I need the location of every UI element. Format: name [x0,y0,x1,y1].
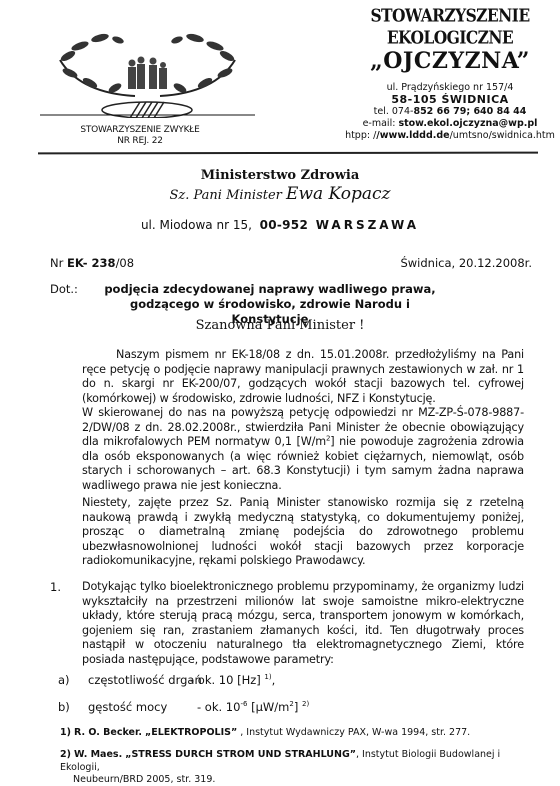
recipient-address: ul. Miodowa nr 15, 00-952 WARSZAWA [0,218,560,232]
ref-prefix: Nr [50,256,67,270]
sender-postal-city: 58-105 ŚWIDNICA [330,94,560,106]
footnote-title: „ELEKTROPOLIS” [145,727,237,738]
minister-prefix: Sz. Pani Minister [169,188,281,203]
footnote-author: W. Maes. [74,749,122,760]
association-type: STOWARZYSZENIE ZWYKŁE [45,125,235,136]
paragraph-2: W skierowanej do nas na powyższą petycję… [82,406,524,494]
registration-number: NR REJ. 22 [45,136,235,147]
footnote-ref-1: 1) [264,673,271,681]
paragraph-3: Niestety, zajęte przez Sz. Panią Ministe… [82,496,524,569]
footnote-2: 2) W. Maes. „STRESS DURCH STROM UND STRA… [60,749,530,786]
recipient-postal: 00-952 [260,218,309,232]
parameter-a-name: częstotliwość drgań [88,673,202,687]
website-label: htpp: / [345,130,376,141]
minister-name: Ewa Kopacz [286,184,390,204]
parameter-b-label: b) [58,700,70,714]
punctuation: , [272,673,276,687]
reference-number: Nr EK- 238/08 [50,256,134,270]
paragraph-4: Dotykając tylko bioelektronicznego probl… [82,580,524,668]
salutation: Szanowna Pani Minister ! [0,318,560,333]
email-address[interactable]: stow.ekol.ojczyzna@wp.pl [398,118,537,129]
sender-address: ul. Prądzyńskiego nr 157/4 58-105 ŚWIDNI… [330,82,560,142]
footnote-publisher-cont: Neubeurn/BRD 2005, str. 319. [60,774,530,786]
place-date: Świdnica, 20.12.2008r. [400,256,532,270]
footnote-author: R. O. Becker. [74,727,142,738]
footnote-ref-2: 2) [302,700,309,708]
footnote-title: „STRESS DURCH STROM UND STRAHLUNG” [125,749,356,760]
paragraph-1: Naszym pismem nr EK-18/08 z dn. 15.01.20… [82,348,524,406]
ref-year: /08 [116,256,135,270]
recipient-ministry: Ministerstwo Zdrowia [0,168,560,183]
email-label: e-mail: [363,118,399,129]
association-registration: STOWARZYSZENIE ZWYKŁE NR REJ. 22 [45,125,235,147]
letterhead-divider [38,152,538,155]
parameter-b-name: gęstość mocy [88,700,167,714]
recipient-city: WARSZAWA [316,218,419,232]
footnote-number: 1) [60,727,71,738]
organization-subname: „OJCZYZNA” [330,48,560,74]
footnote-number: 2) [60,749,71,760]
footnote-1: 1) R. O. Becker. „ELEKTROPOLIS” , Instyt… [60,727,470,740]
parameter-b-value: - ok. 10-6 [µW/m2] 2) [197,700,309,714]
sender-phone: tel. 074-852 66 79; 640 84 44 [330,106,560,118]
recipient-street: ul. Miodowa nr 15, [141,218,252,232]
point-number: 1. [50,580,61,594]
unit-part-a: [µW/m [247,700,289,714]
parameter-a-label: a) [58,673,70,687]
power-density-base: - ok. 10 [197,700,240,714]
phone-prefix: tel. 074- [374,106,414,117]
footnote-publisher: , Instytut Wydawniczy PAX, W-wa 1994, st… [237,727,470,738]
recipient-minister: Sz. Pani Minister Ewa Kopacz [0,184,560,204]
phone-numbers: 852 66 79; 640 84 44 [413,106,526,117]
sender-email: e-mail: stow.ekol.ojczyzna@wp.pl [330,118,560,130]
sender-letterhead: STOWARZYSZENIE EKOLOGICZNE „OJCZYZNA” ul… [330,0,560,142]
subject-label: Dot.: [50,282,78,296]
ref-code: EK- 238 [67,256,116,270]
laurel-wreath-people-logo-icon [40,18,255,118]
subject-line-1: podjęcia zdecydowanej naprawy wadliwego … [100,282,440,297]
organization-name: STOWARZYSZENIE EKOLOGICZNE [330,4,560,48]
website-path[interactable]: /umtsno/swidnica.htm [450,130,555,141]
website-domain[interactable]: /www.lddd.de [376,130,449,141]
unit-part-b: ] [294,700,299,714]
parameter-a-value: - ok. 10 [Hz] 1), [190,673,275,687]
sender-website: htpp: //www.lddd.de/umtsno/swidnica.htm [330,130,560,142]
frequency-value: - ok. 10 [Hz] [190,673,261,687]
